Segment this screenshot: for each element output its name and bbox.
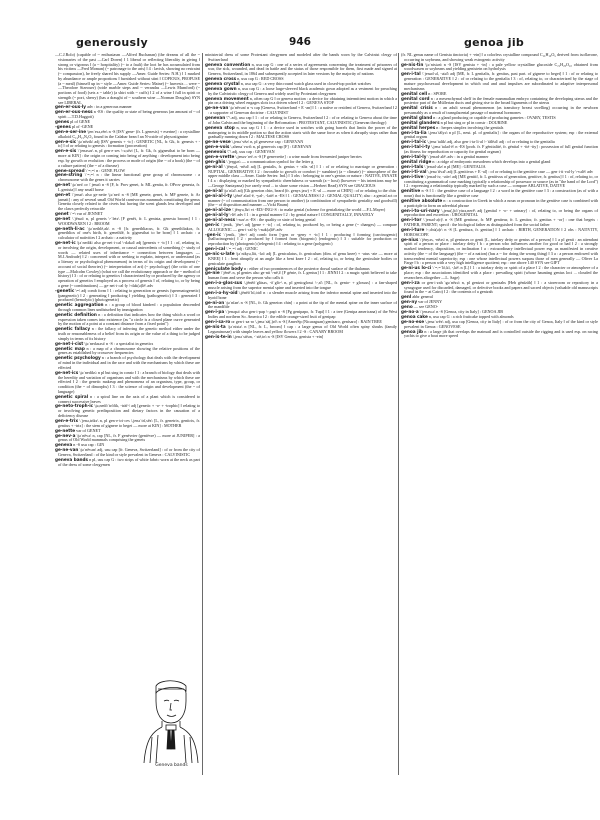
dictionary-entry: geneva bands n pl, usu cap G : two strip… [55, 458, 200, 468]
entry-definition: \ˈjenəd·iv, -ətiv\ adj [ME genitif, fr. … [404, 174, 598, 189]
entry-definition: \ˈjēnət\ n, pl genets \-ˈlets\ [F genêt,… [58, 216, 200, 226]
dictionary-entry: ge·neth·li·ac \jəˈnethlē,ak\ n -S [fr. g… [55, 227, 200, 241]
column-3: (fr. NL genus name of Genista tinctoria)… [401, 53, 598, 733]
entry-definition: (fr. NL genus name of Genista tinctoria)… [401, 53, 598, 62]
dictionary-entry: ge·nic·u·late \jəˈnikyə,lāt, -lət\ adj [… [205, 252, 397, 266]
entry-definition: \jəˈnediks\ n pl but sing in constr ‖ 1 … [58, 370, 200, 394]
entry-definition: n : a large jib that overlaps the mainsa… [404, 329, 598, 339]
dictionary-entry: gen·e·sis \ˈjenəsəs\ n, pl gen·e·ses \-ə… [55, 149, 200, 168]
entry-definition: \jəˈnēvən\ adj, usu cap [fr. Geneva, Swi… [58, 447, 200, 457]
entry-definition: ministerial dress of some Protestant cle… [205, 53, 397, 62]
entry-definition: \=\ adj comb form ‖ 1 : relating to gene… [58, 288, 200, 303]
dictionary-entry: ge·ni·us lo·ci \ˈ=,=ˈlō,kī, -,kē\ n [L] … [401, 266, 598, 280]
entry-definition: \jəˈnēvə\ n, cap [NL, fr. F genévrier (g… [58, 433, 200, 443]
entry-definition: \ˈjenə,triks\ n, pl gen·e·tri·ces \,jenə… [58, 418, 200, 428]
dictionary-entry: gen·i·za or gen·i·zah \gəˈnēzə\ n, pl ge… [401, 281, 598, 295]
dictionary-entry: geneva stop n, usu cap G ‖ 1 : a device … [205, 126, 397, 140]
dictionary-entry: genetic fallacy n : the fallacy of infer… [55, 327, 200, 341]
entry-definition: \ˈjēnyəs, -nēəs\ n, pl geniuses or genii… [404, 237, 598, 266]
entry-definition: n : a mesenchymal shelf in the female ma… [404, 96, 598, 106]
dictionary-entry: ge·net·ics \jəˈnediks\ n pl but sing in … [55, 371, 200, 395]
entry-definition: \jəˈnet\ or \ˈjenət\ n -S [F, fr. Prov g… [58, 182, 200, 192]
entry-definition: n, usu cap G ‖ 1 : a device used in watc… [208, 125, 397, 140]
dictionary-entry: gen·is·te·in \,jenəˈstēən, -ˈstē,in\ n -… [205, 335, 397, 340]
entry-definition: \ˈ=,=ˈlō,kī, -,kē\ n [L] ‖ 1 : a tutelar… [404, 265, 598, 280]
dictionary-entry: —C.J.Rolo) (capable of ~ enthusiasm —Alf… [55, 53, 200, 105]
entry-definition: \ˈjenət\ also ge·nette \jəˈnet\ n -S [ME… [58, 192, 200, 211]
guide-word-right: genoa jib [464, 36, 524, 49]
entry-headword: gen·is·te·in [205, 334, 232, 339]
column-2: ministerial dress of some Protestant cle… [205, 53, 397, 775]
dictionary-entry: ge·nius \ˈjēnyəs, -nēəs\ n, pl geniuses … [401, 238, 598, 267]
entry-definition: \,jēnēˈaləd·ē, -yal-, -lətē\ n -ES ‖ 1 :… [208, 193, 397, 208]
entry-definition: \ˈjenəd·əl, -ətəl\ adj [ME, fr. L genita… [404, 71, 598, 90]
entry-definition: n : an adult sexual phenomenon (as trans… [404, 105, 598, 115]
entry-definition: \ˈjenik, ˈjēn-\ adj comb form [-gen or -… [208, 232, 397, 247]
entry-definition: \,jenəˈtālyə\ n pl [L, neut. pl. of geni… [404, 130, 598, 140]
dictionary-entry: ge·neto·troph·ic \jə,nedōˈtrōfik, -träf-… [55, 404, 200, 418]
entry-definition: or gen·i·zah \gəˈnēzə\ n, pl genizot or … [404, 280, 598, 295]
dictionary-entry: ge·net·ic \jəˈnedik\ also ge·net·i·cal \… [55, 241, 200, 289]
dictionary-entry: gen·i·tal \ˈjenəd·əl, -ətəl\ adj [ME, fr… [401, 72, 598, 91]
entry-definition: \ˈjenəpə\ also gen·i·pap \-,pap\ n -S [P… [208, 309, 397, 319]
entry-definition: \jəˈnēvən\ n -s cap [Geneva, Switzerland… [208, 105, 397, 115]
column-divider [398, 53, 399, 775]
entry-definition: \,jenəˈtaləd·ē\ n -ES [prob. fr. F génit… [404, 144, 598, 154]
entry-definition: \ˈjēnē\ n, pl genies also ge·nii \-nē,ī\… [208, 270, 397, 280]
entry-definition: n, usu cap G : a loose large-sleeved bla… [208, 86, 397, 96]
entry-definition: \,jenəˈwēz\ adj, usu cap [Genoa, city in… [404, 319, 598, 329]
entry-definition: \,jenəˈstēən, -ˈstē,in\ n -S [ISV Genist… [233, 334, 323, 339]
entry-definition: \jəˈnedik\ also ge·net·i·cal \-dəkəl\ ad… [58, 240, 200, 288]
dictionary-entry: genetic definition n : a definition that… [55, 313, 200, 327]
dictionary-entry: geneva convention n, usu cap G : one of … [205, 63, 397, 77]
entry-definition: \"\ adj, usu cap ‖ 1 : of or relating to… [208, 115, 397, 125]
entry-definition: \jəˈnikyə,lāt, -lət\ adj [L geniculatus,… [208, 251, 397, 266]
dictionary-entry: genoa jib n : a large jib that overlaps … [401, 330, 598, 340]
column-divider [202, 53, 203, 775]
dictionary-entry: gen·i·tive \ˈjenəd·iv, -ətiv\ adj [ME ge… [401, 175, 598, 189]
entry-definition: n -S ‖ 1 : the genitive case of a langua… [404, 188, 598, 198]
entry-definition: \ˈjēnyəl, -nēəl\ adj [L genialis, fr. ge… [208, 164, 397, 188]
entry-definition: \ˈjenəsəs\ n, pl gen·e·ses \-ə,sēz\ [L, … [58, 148, 200, 167]
dictionary-entry: -gen·ic \ˈjenik, ˈjēn-\ adj comb form [-… [205, 233, 397, 247]
entry-definition: \jəˈnīən\ n -S [NL, fr. Gk geneion chin]… [208, 300, 397, 310]
entry-definition: —C.J.Rolo) (capable of ~ enthusiasm —Alf… [55, 53, 200, 105]
dictionary-entry: ge·ni·al·i·ty \,jēnēˈaləd·ē, -yal-, -lət… [205, 194, 397, 208]
entry-definition: \ˈjenik, ˈjēn-\ adj [gene + -ic] : of, r… [208, 222, 397, 232]
entry-definition: \-,chu̇(ə)r\ n -S [L genitura, fr. genit… [404, 227, 598, 237]
dictionary-entry: genetic psychology n : a branch of psych… [55, 356, 200, 370]
entry-definition: \jəˈnistə\ n [NL, fr. L, broom] ‖ cap : … [208, 324, 397, 334]
entry-definition: \ˈjenəd·ə(r)\ n -S [ME genitour, fr. MF … [404, 217, 598, 227]
dictionary-entry: ge·ni·al \ˈjēnyəl, -nēəl\ adj [L geniali… [205, 165, 397, 189]
entry-definition: \jəˈnistən\ n -S [ISV genista + -in] : a… [404, 62, 598, 72]
dictionary-columns: —C.J.Rolo) (capable of ~ enthusiasm —Alf… [55, 53, 598, 813]
page-header: generously 946 genoa jib [0, 36, 600, 52]
dictionary-entry: -genetic \=\ adj comb form ‖ 1 : relatin… [55, 289, 200, 303]
entry-definition: \jəˈnēzik\ adj [ISV genesis + -ic] : GEN… [58, 139, 200, 149]
illustration-caption: Geneva bands [143, 763, 200, 768]
clergyman-with-geneva-bands-illustration [140, 675, 200, 773]
dictionary-entry: gen·et \ˈjenət\ also ge·nette \jəˈnet\ n… [55, 193, 200, 212]
